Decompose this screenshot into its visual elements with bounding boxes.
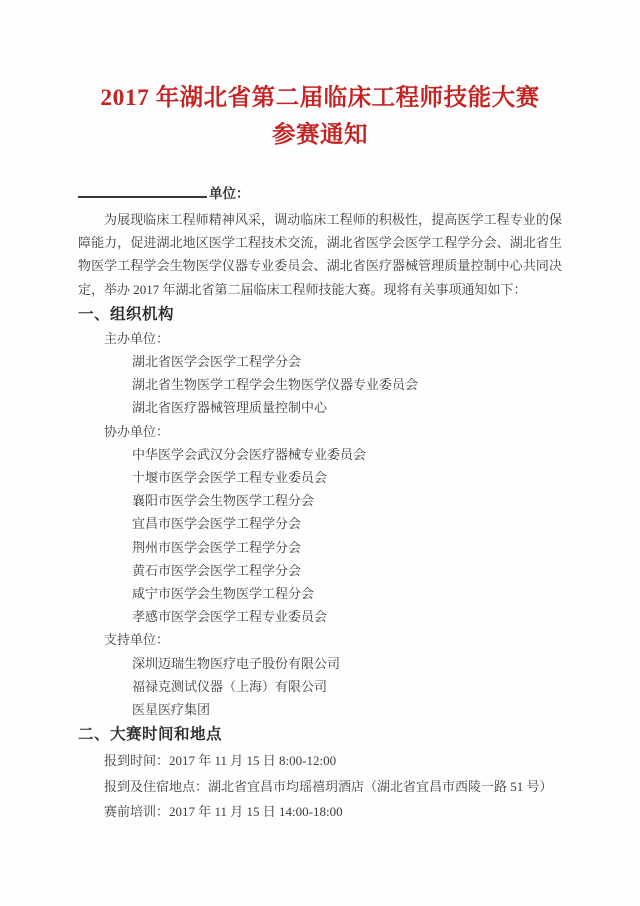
org-item: 宜昌市医学会医学工程学分会 [132, 512, 562, 535]
schedule-line-hotel-address: 报到及住宿地点：湖北省宜昌市均瑶禧玥酒店（湖北省宜昌市西陵一路 51 号） [104, 774, 562, 800]
org-group-label-co-organizer: 协办单位： [104, 420, 562, 443]
org-item: 湖北省医学会医学工程学分会 [132, 350, 562, 373]
org-group-label-host: 主办单位： [104, 327, 562, 350]
org-item: 襄阳市医学会生物医学工程分会 [132, 489, 562, 512]
schedule-lines: 报到时间：2017 年 11 月 15 日 8:00-12:00 报到及住宿地点… [78, 748, 562, 825]
document-content: 2017 年湖北省第二届临床工程师技能大赛 参赛通知 单位： 为展现临床工程师精… [0, 80, 640, 825]
schedule-line-checkin-time: 报到时间：2017 年 11 月 15 日 8:00-12:00 [104, 748, 562, 774]
notice-title-line1: 2017 年湖北省第二届临床工程师技能大赛 [78, 80, 562, 117]
notice-title: 2017 年湖北省第二届临床工程师技能大赛 参赛通知 [78, 80, 562, 154]
org-item: 福禄克测试仪器（上海）有限公司 [132, 675, 562, 698]
section-heading-time-location: 二、大赛时间和地点 [78, 722, 562, 747]
org-item: 湖北省医疗器械管理质量控制中心 [132, 396, 562, 419]
notice-title-line2: 参赛通知 [78, 117, 562, 154]
notice-document: 2017 年湖北省第二届临床工程师技能大赛 参赛通知 单位： 为展现临床工程师精… [0, 0, 640, 906]
org-item: 中华医学会武汉分会医疗器械专业委员会 [132, 443, 562, 466]
recipient-unit-label: 单位： [209, 186, 250, 201]
org-group-label-supporter: 支持单位： [104, 628, 562, 651]
org-item: 深圳迈瑞生物医疗电子股份有限公司 [132, 652, 562, 675]
schedule-line-pretraining: 赛前培训：2017 年 11 月 15 日 14:00-18:00 [104, 799, 562, 825]
org-item: 湖北省生物医学工程学会生物医学仪器专业委员会 [132, 373, 562, 396]
org-item: 十堰市医学会医学工程专业委员会 [132, 466, 562, 489]
org-item: 咸宁市医学会生物医学工程分会 [132, 582, 562, 605]
recipient-line: 单位： [78, 182, 562, 206]
org-item: 医星医疗集团 [132, 698, 562, 721]
org-item: 荆州市医学会医学工程学分会 [132, 536, 562, 559]
org-item: 黄石市医学会医学工程学分会 [132, 559, 562, 582]
intro-paragraph: 为展现临床工程师精神风采，调动临床工程师的积极性，提高医学工程专业的保障能力，促… [78, 208, 562, 301]
section-heading-organization: 一、组织机构 [78, 302, 562, 327]
recipient-blank-underline [78, 185, 207, 198]
org-item: 孝感市医学会医学工程专业委员会 [132, 605, 562, 628]
